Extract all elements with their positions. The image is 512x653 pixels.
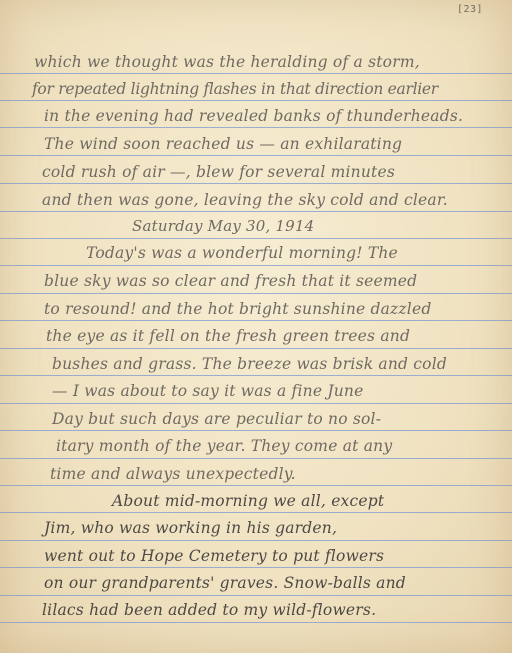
ruled-line (0, 567, 512, 568)
ruled-line (0, 211, 512, 212)
ruled-line (0, 320, 512, 321)
text-line: bushes and grass. The breeze was brisk a… (52, 355, 447, 373)
text-line: — I was about to say it was a fine June (52, 382, 363, 400)
page-number: [23] (457, 4, 483, 15)
text-line: The wind soon reached us — an exhilarati… (44, 135, 402, 153)
text-line: in the evening had revealed banks of thu… (44, 107, 463, 125)
ruled-line (0, 155, 512, 156)
ruled-line (0, 73, 512, 74)
ruled-line (0, 265, 512, 266)
text-line: to resound! and the hot bright sunshine … (44, 300, 431, 318)
ruled-line (0, 595, 512, 596)
text-line: cold rush of air —, blew for several min… (42, 163, 395, 181)
ruled-line (0, 375, 512, 376)
ruled-line (0, 183, 512, 184)
text-line: for repeated lightning flashes in that d… (32, 80, 438, 98)
ruled-line (0, 458, 512, 459)
ruled-line (0, 403, 512, 404)
text-line: and then was gone, leaving the sky cold … (42, 191, 448, 209)
ruled-line (0, 127, 512, 128)
ruled-line (0, 348, 512, 349)
text-line: Day but such days are peculiar to no sol… (52, 410, 381, 428)
text-line: went out to Hope Cemetery to put flowers (44, 547, 384, 565)
text-line: lilacs had been added to my wild-flowers… (42, 601, 376, 619)
diary-page: [23] which we thought was the heralding … (0, 0, 512, 653)
ruled-line (0, 430, 512, 431)
text-line: blue sky was so clear and fresh that it … (44, 272, 417, 290)
entry-date-heading: Saturday May 30, 1914 (132, 217, 314, 235)
ruled-line (0, 238, 512, 239)
text-line: Today's was a wonderful morning! The (86, 244, 398, 262)
text-line: time and always unexpectedly. (50, 465, 296, 483)
ruled-line (0, 293, 512, 294)
ruled-line (0, 540, 512, 541)
ruled-line (0, 100, 512, 101)
text-line: About mid-morning we all, except (112, 492, 384, 510)
text-line: the eye as it fell on the fresh green tr… (46, 327, 410, 345)
text-line: Jim, who was working in his garden, (44, 519, 337, 537)
text-line: on our grandparents' graves. Snow-balls … (44, 574, 406, 592)
ruled-line (0, 622, 512, 623)
ruled-line (0, 485, 512, 486)
text-line: itary month of the year. They come at an… (56, 437, 392, 455)
text-line: which we thought was the heralding of a … (34, 53, 420, 71)
ruled-line (0, 512, 512, 513)
